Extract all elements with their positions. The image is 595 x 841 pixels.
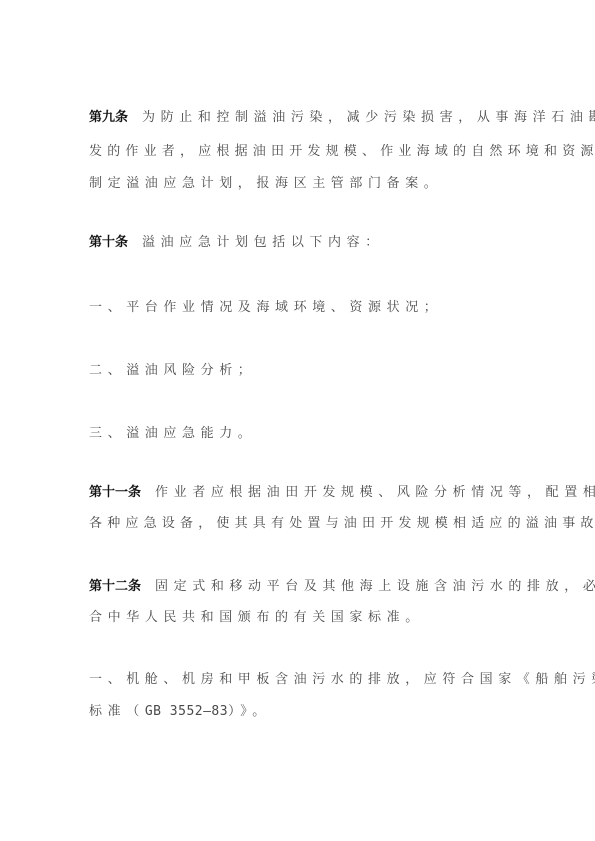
article-10-heading: 第十条 (89, 235, 128, 250)
article-11-text-2: 各种应急设备，使其具有处置与油田开发规模相适应的溢油事故的能力。 (89, 516, 595, 531)
article-9-text-2: 发的作业者，应根据油田开发规模、作业海域的自然环境和资源状况， (89, 144, 595, 159)
article-10-item-2-text: 二、溢油风险分析； (89, 363, 256, 378)
article-11-line-2: 各种应急设备，使其具有处置与油田开发规模相适应的溢油事故的能力。 (89, 515, 595, 533)
article-10-line-1: 第十条溢油应急计划包括以下内容： (89, 234, 384, 252)
article-9-line-2: 发的作业者，应根据油田开发规模、作业海域的自然环境和资源状况， (89, 143, 595, 161)
article-12-text-1: 固定式和移动平台及其他海上设施含油污水的排放，必须符 (155, 579, 595, 594)
standard-code: GB 3552—83 (145, 704, 228, 719)
article-12-line-2: 合中华人民共和国颁布的有关国家标准。 (89, 609, 424, 627)
article-10-item-2: 二、溢油风险分析； (89, 362, 256, 380)
article-12-text-2: 合中华人民共和国颁布的有关国家标准。 (89, 610, 424, 625)
article-10-item-3: 三、溢油应急能力。 (89, 425, 256, 443)
article-9-text-1: 为防止和控制溢油污染，减少污染损害，从事海洋石油勘探开 (142, 110, 595, 125)
article-12-item-1-text: 一、机舱、机房和甲板含油污水的排放，应符合国家《船舶污染物排放 (89, 672, 595, 687)
standard-suffix: ）》。 (228, 704, 271, 719)
article-9-heading: 第九条 (89, 110, 128, 125)
article-10-item-1: 一、平台作业情况及海域环境、资源状况； (89, 299, 442, 317)
article-12-item-1-continuation: 标准（GB 3552—83）》。 (89, 703, 271, 721)
article-12-item-1: 一、机舱、机房和甲板含油污水的排放，应符合国家《船舶污染物排放 (89, 671, 595, 689)
article-10-item-3-text: 三、溢油应急能力。 (89, 426, 256, 441)
article-11-heading: 第十一条 (89, 485, 141, 500)
document-page: 第九条为防止和控制溢油污染，减少污染损害，从事海洋石油勘探开 发的作业者，应根据… (0, 0, 595, 841)
article-10-item-1-text: 一、平台作业情况及海域环境、资源状况； (89, 300, 442, 315)
standard-prefix: 标准（ (89, 704, 145, 719)
article-9-line-1: 第九条为防止和控制溢油污染，减少污染损害，从事海洋石油勘探开 (89, 109, 595, 127)
article-11-line-1: 第十一条作业者应根据油田开发规模、风险分析情况等，配置相应的 (89, 484, 595, 502)
article-12-heading: 第十二条 (89, 579, 141, 594)
article-12-line-1: 第十二条固定式和移动平台及其他海上设施含油污水的排放，必须符 (89, 578, 595, 596)
article-10-text-1: 溢油应急计划包括以下内容： (142, 235, 384, 250)
article-9-line-3: 制定溢油应急计划，报海区主管部门备案。 (89, 175, 442, 193)
article-9-text-3: 制定溢油应急计划，报海区主管部门备案。 (89, 176, 442, 191)
article-11-text-1: 作业者应根据油田开发规模、风险分析情况等，配置相应的 (155, 485, 595, 500)
